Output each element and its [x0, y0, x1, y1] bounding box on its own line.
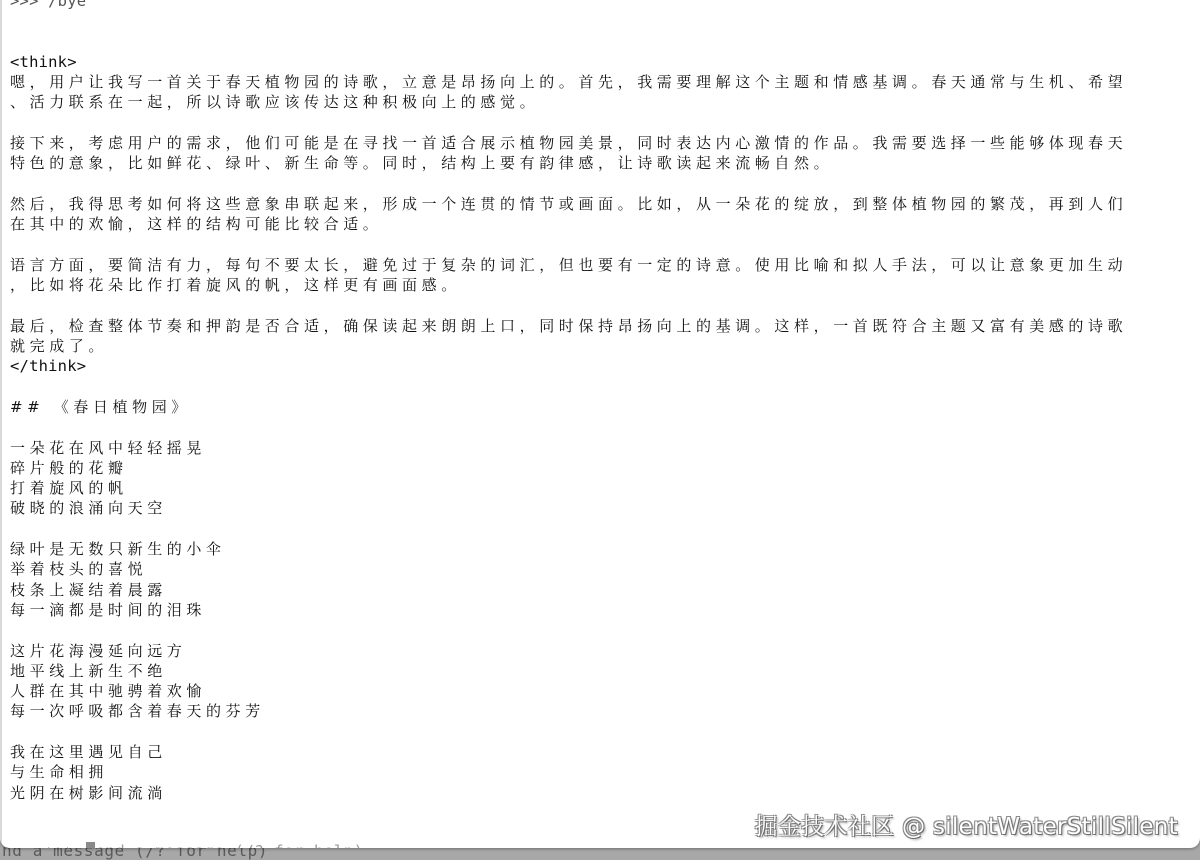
poem-line: 人群在其中驰骋着欢愉: [10, 681, 1190, 701]
think-line: 接下来，考虑用户的需求，他们可能是在寻找一首适合展示植物园美景，同时表达内心激情…: [10, 133, 1190, 153]
poem-line: 光阴在树影间流淌: [10, 783, 1190, 803]
think-line: 在其中的欢愉，这样的结构可能比较合适。: [10, 214, 1190, 234]
user-message-line: >>> 写一首关于春天植物园的诗歌 立意是昂扬向上的: [10, 32, 1190, 52]
poem-line: 破晓的浪涌向天空: [10, 498, 1190, 518]
poem-line: 地平线上新生不绝: [10, 661, 1190, 681]
poem-line: [10, 620, 1190, 640]
poem-line: 枝条上凝结着晨露: [10, 580, 1190, 600]
think-line: 嗯，用户让我写一首关于春天植物园的诗歌，立意是昂扬向上的。首先，我需要理解这个主…: [10, 72, 1190, 92]
think-line: 特色的意象，比如鲜花、绿叶、新生命等。同时，结构上要有韵律感，让诗歌读起来流畅自…: [10, 153, 1190, 173]
window-left-edge: [0, 0, 2, 848]
poem-heading: ## 《春日植物园》: [10, 397, 1190, 417]
message-input[interactable]: >>> end a message (/? for help): [10, 821, 364, 841]
think-line: 、活力联系在一起，所以诗歌应该传达这种积极向上的感觉。: [10, 92, 1190, 112]
input-prompt: >>>: [47, 842, 85, 848]
think-line: 就完成了。: [10, 336, 1190, 356]
poem-line: 每一次呼吸都含着春天的芬芳: [10, 701, 1190, 721]
think-open-tag: <think>: [10, 52, 1190, 72]
think-close-tag: </think>: [10, 356, 1190, 376]
input-placeholder: end a message (/? for help): [95, 842, 363, 848]
think-line: [10, 174, 1190, 194]
blank-line: [10, 417, 1190, 437]
poem-line: 与生命相拥: [10, 762, 1190, 782]
think-line: [10, 295, 1190, 315]
poem-line: 绿叶是无数只新生的小伞: [10, 539, 1190, 559]
poem-line: [10, 722, 1190, 742]
think-line: 然后，我得思考如何将这些意象串联起来，形成一个连贯的情节或画面。比如，从一朵花的…: [10, 194, 1190, 214]
think-line: [10, 113, 1190, 133]
blank-line: [10, 377, 1190, 397]
poem-line: 碎片般的花瓣: [10, 458, 1190, 478]
poem-line: 每一滴都是时间的泪珠: [10, 600, 1190, 620]
poem-line: 一朵花在风中轻轻摇晃: [10, 438, 1190, 458]
poem-line: 举着枝头的喜悦: [10, 559, 1190, 579]
think-line: [10, 235, 1190, 255]
terminal-output: >>> /bye ttwp@ttwpdeMacBook-Pro ~ % olla…: [10, 0, 1190, 803]
poem-line: 我在这里遇见自己: [10, 742, 1190, 762]
shell-command-line: ttwp@ttwpdeMacBook-Pro ~ % ollama run de…: [10, 11, 1190, 31]
poem-line: 这片花海漫延向远方: [10, 641, 1190, 661]
think-line: ，比如将花朵比作打着旋风的帆，这样更有画面感。: [10, 275, 1190, 295]
previous-command-line: >>> /bye: [10, 0, 1190, 11]
terminal-window: >>> /bye ttwp@ttwpdeMacBook-Pro ~ % olla…: [0, 0, 1200, 848]
watermark: 掘金技术社区 @ silentWaterStillSilent: [755, 808, 1178, 841]
think-line: 语言方面，要简洁有力，每句不要太长，避免过于复杂的词汇，但也要有一定的诗意。使用…: [10, 255, 1190, 275]
poem-line: 打着旋风的帆: [10, 478, 1190, 498]
poem-line: [10, 519, 1190, 539]
think-line: 最后，检查整体节奏和押韵是否合适，确保读起来朗朗上口，同时保持昂扬向上的基调。这…: [10, 316, 1190, 336]
